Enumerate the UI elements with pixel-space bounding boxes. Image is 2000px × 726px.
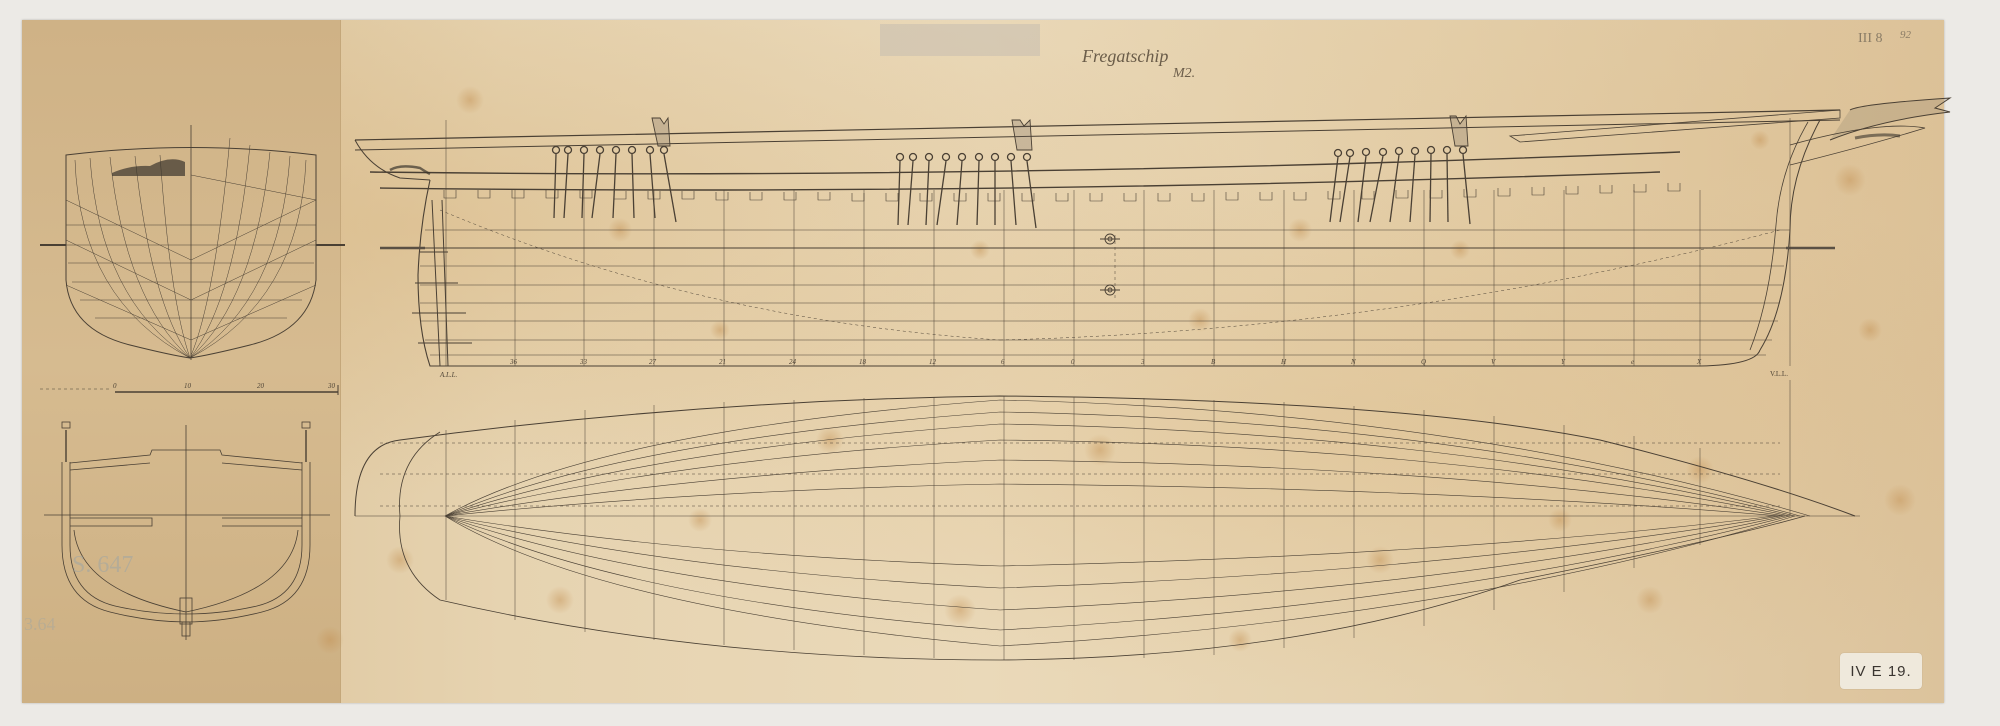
faded-stamp: S. 647 <box>72 552 133 578</box>
catalog-label: IV E 19. <box>1840 653 1922 689</box>
pencil-ref: M2. <box>1172 66 1195 81</box>
stern-ornament <box>112 159 185 176</box>
center-marks <box>1100 234 1120 295</box>
chainplates <box>553 147 1471 229</box>
main-mast-stump <box>1012 120 1032 150</box>
svg-text:H: H <box>1280 358 1287 366</box>
svg-text:0: 0 <box>1071 358 1075 366</box>
svg-text:20: 20 <box>257 382 265 390</box>
scuppers <box>444 183 1680 201</box>
svg-text:24: 24 <box>789 358 797 366</box>
scale-labels: 0 10 20 30 <box>113 382 336 390</box>
svg-text:V: V <box>1491 358 1496 366</box>
faded-stamp-2: 3.64 <box>24 614 56 634</box>
svg-text:0: 0 <box>113 382 117 390</box>
pencil-title: Fregatschip <box>1081 46 1168 66</box>
svg-text:3: 3 <box>1140 358 1145 366</box>
svg-text:33: 33 <box>579 358 588 366</box>
top-right-mark: III 8 <box>1858 31 1883 46</box>
half-breadth-plan <box>355 380 1860 660</box>
fore-mast-stump <box>1450 116 1468 146</box>
fore-mark: V.L.L. <box>1770 370 1788 378</box>
svg-text:N: N <box>1350 358 1356 366</box>
masts <box>652 116 1468 150</box>
svg-text:e: e <box>1631 358 1634 366</box>
mizzen-mast-stump <box>652 118 670 146</box>
body-plan <box>40 125 345 360</box>
station-labels: 36 33 27 21 24 18 12 6 0 3 B H N Q V Y e… <box>509 358 1702 366</box>
rudder <box>412 200 472 366</box>
midship-section <box>44 422 330 640</box>
svg-text:36: 36 <box>509 358 518 366</box>
top-right-extra: 92 <box>1900 29 1912 41</box>
svg-text:10: 10 <box>184 382 192 390</box>
aft-mark: A.L.L. <box>439 371 458 379</box>
svg-text:Q: Q <box>1421 358 1426 366</box>
svg-text:X: X <box>1696 358 1702 366</box>
svg-text:21: 21 <box>719 358 726 366</box>
sheer-plan <box>355 98 1950 366</box>
svg-text:B: B <box>1211 358 1216 366</box>
ship-drawing: S. 647 3.64 <box>0 0 2000 726</box>
svg-text:6: 6 <box>1001 358 1005 366</box>
svg-text:27: 27 <box>649 358 657 366</box>
svg-text:30: 30 <box>327 382 336 390</box>
svg-text:12: 12 <box>929 358 937 366</box>
svg-text:Y: Y <box>1561 358 1566 366</box>
svg-text:18: 18 <box>859 358 867 366</box>
